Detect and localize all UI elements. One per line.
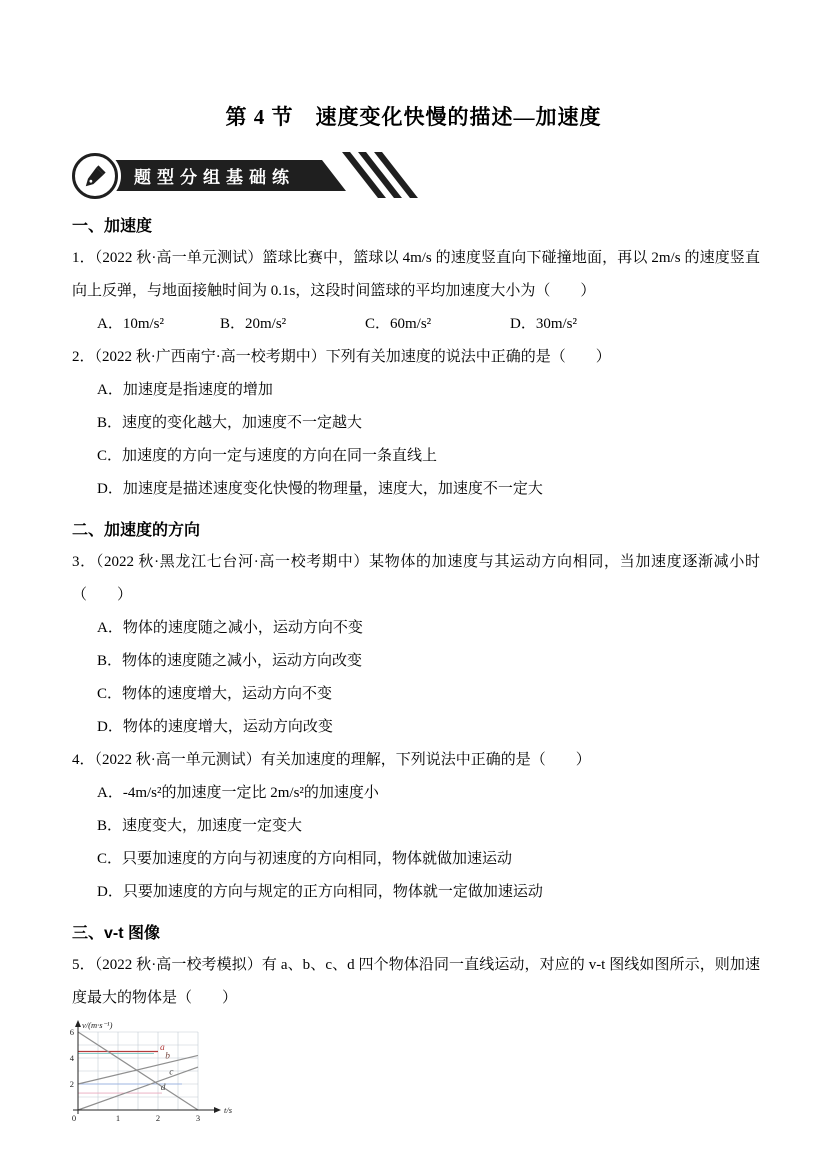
option-item: B．速度变大，加速度一定变大 <box>72 810 760 843</box>
option-item: B．物体的速度随之减小，运动方向改变 <box>72 645 760 678</box>
svg-text:b: b <box>165 1052 170 1062</box>
vt-graph-figure: abcd2460123v/(m·s⁻¹)t/s <box>62 1018 760 1137</box>
question-1-stem: 1．（2022 秋·高一单元测试）篮球比赛中，篮球以 4m/s 的速度竖直向下碰… <box>72 242 760 308</box>
question-2-number: 2． <box>72 349 95 365</box>
option-item: C．物体的速度增大，运动方向不变 <box>72 678 760 711</box>
option-item: A．加速度是指速度的增加 <box>72 374 760 407</box>
question-4-stem: 4．（2022 秋·高一单元测试）有关加速度的理解，下列说法中正确的是（ ） <box>72 744 760 777</box>
practice-badge: 题型分组基础练 <box>72 152 760 202</box>
svg-text:2: 2 <box>70 1079 74 1089</box>
option-item: B．20m/s² <box>220 308 365 341</box>
svg-text:1: 1 <box>116 1113 120 1123</box>
option-item: D．加速度是描述速度变化快慢的物理量，速度大，加速度不一定大 <box>72 473 760 506</box>
svg-text:v/(m·s⁻¹): v/(m·s⁻¹) <box>82 1020 113 1030</box>
option-item: C．加速度的方向一定与速度的方向在同一条直线上 <box>72 440 760 473</box>
question-3-number: 3． <box>72 554 96 570</box>
question-1-options: A．10m/s² B．20m/s² C．60m/s² D．30m/s² <box>72 308 760 341</box>
option-item: D．物体的速度增大，运动方向改变 <box>72 711 760 744</box>
section-heading-acceleration: 一、加速度 <box>72 216 760 238</box>
option-item: A．物体的速度随之减小，运动方向不变 <box>72 612 760 645</box>
question-1-number: 1． <box>72 250 95 266</box>
svg-text:2: 2 <box>156 1113 160 1123</box>
option-item: A．-4m/s²的加速度一定比 2m/s²的加速度小 <box>72 777 760 810</box>
question-2-stem: 2．（2022 秋·广西南宁·高一校考期中）下列有关加速度的说法中正确的是（ ） <box>72 341 760 374</box>
section-heading-vt-graph: 三、v-t 图像 <box>72 923 760 945</box>
badge-label: 题型分组基础练 <box>96 163 295 188</box>
option-item: A．10m/s² <box>97 308 220 341</box>
badge-bar: 题型分组基础练 <box>96 160 346 191</box>
page-title: 第 4 节 速度变化快慢的描述—加速度 <box>0 0 827 130</box>
worksheet-page: 第 4 节 速度变化快慢的描述—加速度 题型分组基础练 一、加速度 1 <box>0 0 827 1169</box>
section-heading-acceleration-direction: 二、加速度的方向 <box>72 520 760 542</box>
svg-text:t/s: t/s <box>224 1105 233 1115</box>
option-item: D．30m/s² <box>510 308 577 341</box>
pen-icon <box>72 153 118 199</box>
option-item: B．速度的变化越大，加速度不一定越大 <box>72 407 760 440</box>
option-item: C．60m/s² <box>365 308 510 341</box>
question-5-number: 5． <box>72 957 95 973</box>
option-item: D．只要加速度的方向与规定的正方向相同，物体就一定做加速运动 <box>72 876 760 909</box>
question-4-number: 4． <box>72 752 95 768</box>
option-item: C．只要加速度的方向与初速度的方向相同，物体就做加速运动 <box>72 843 760 876</box>
question-3-stem: 3．（2022 秋·黑龙江七台河·高一校考期中）某物体的加速度与其运动方向相同，… <box>72 546 760 612</box>
svg-text:3: 3 <box>196 1113 200 1123</box>
svg-text:6: 6 <box>70 1027 74 1037</box>
svg-text:d: d <box>161 1083 166 1093</box>
vt-chart: abcd2460123v/(m·s⁻¹)t/s <box>62 1018 252 1132</box>
svg-text:4: 4 <box>70 1053 75 1063</box>
svg-text:0: 0 <box>72 1113 76 1123</box>
question-5-stem: 5．（2022 秋·高一校考模拟）有 a、b、c、d 四个物体沿同一直线运动，对… <box>72 949 760 1015</box>
